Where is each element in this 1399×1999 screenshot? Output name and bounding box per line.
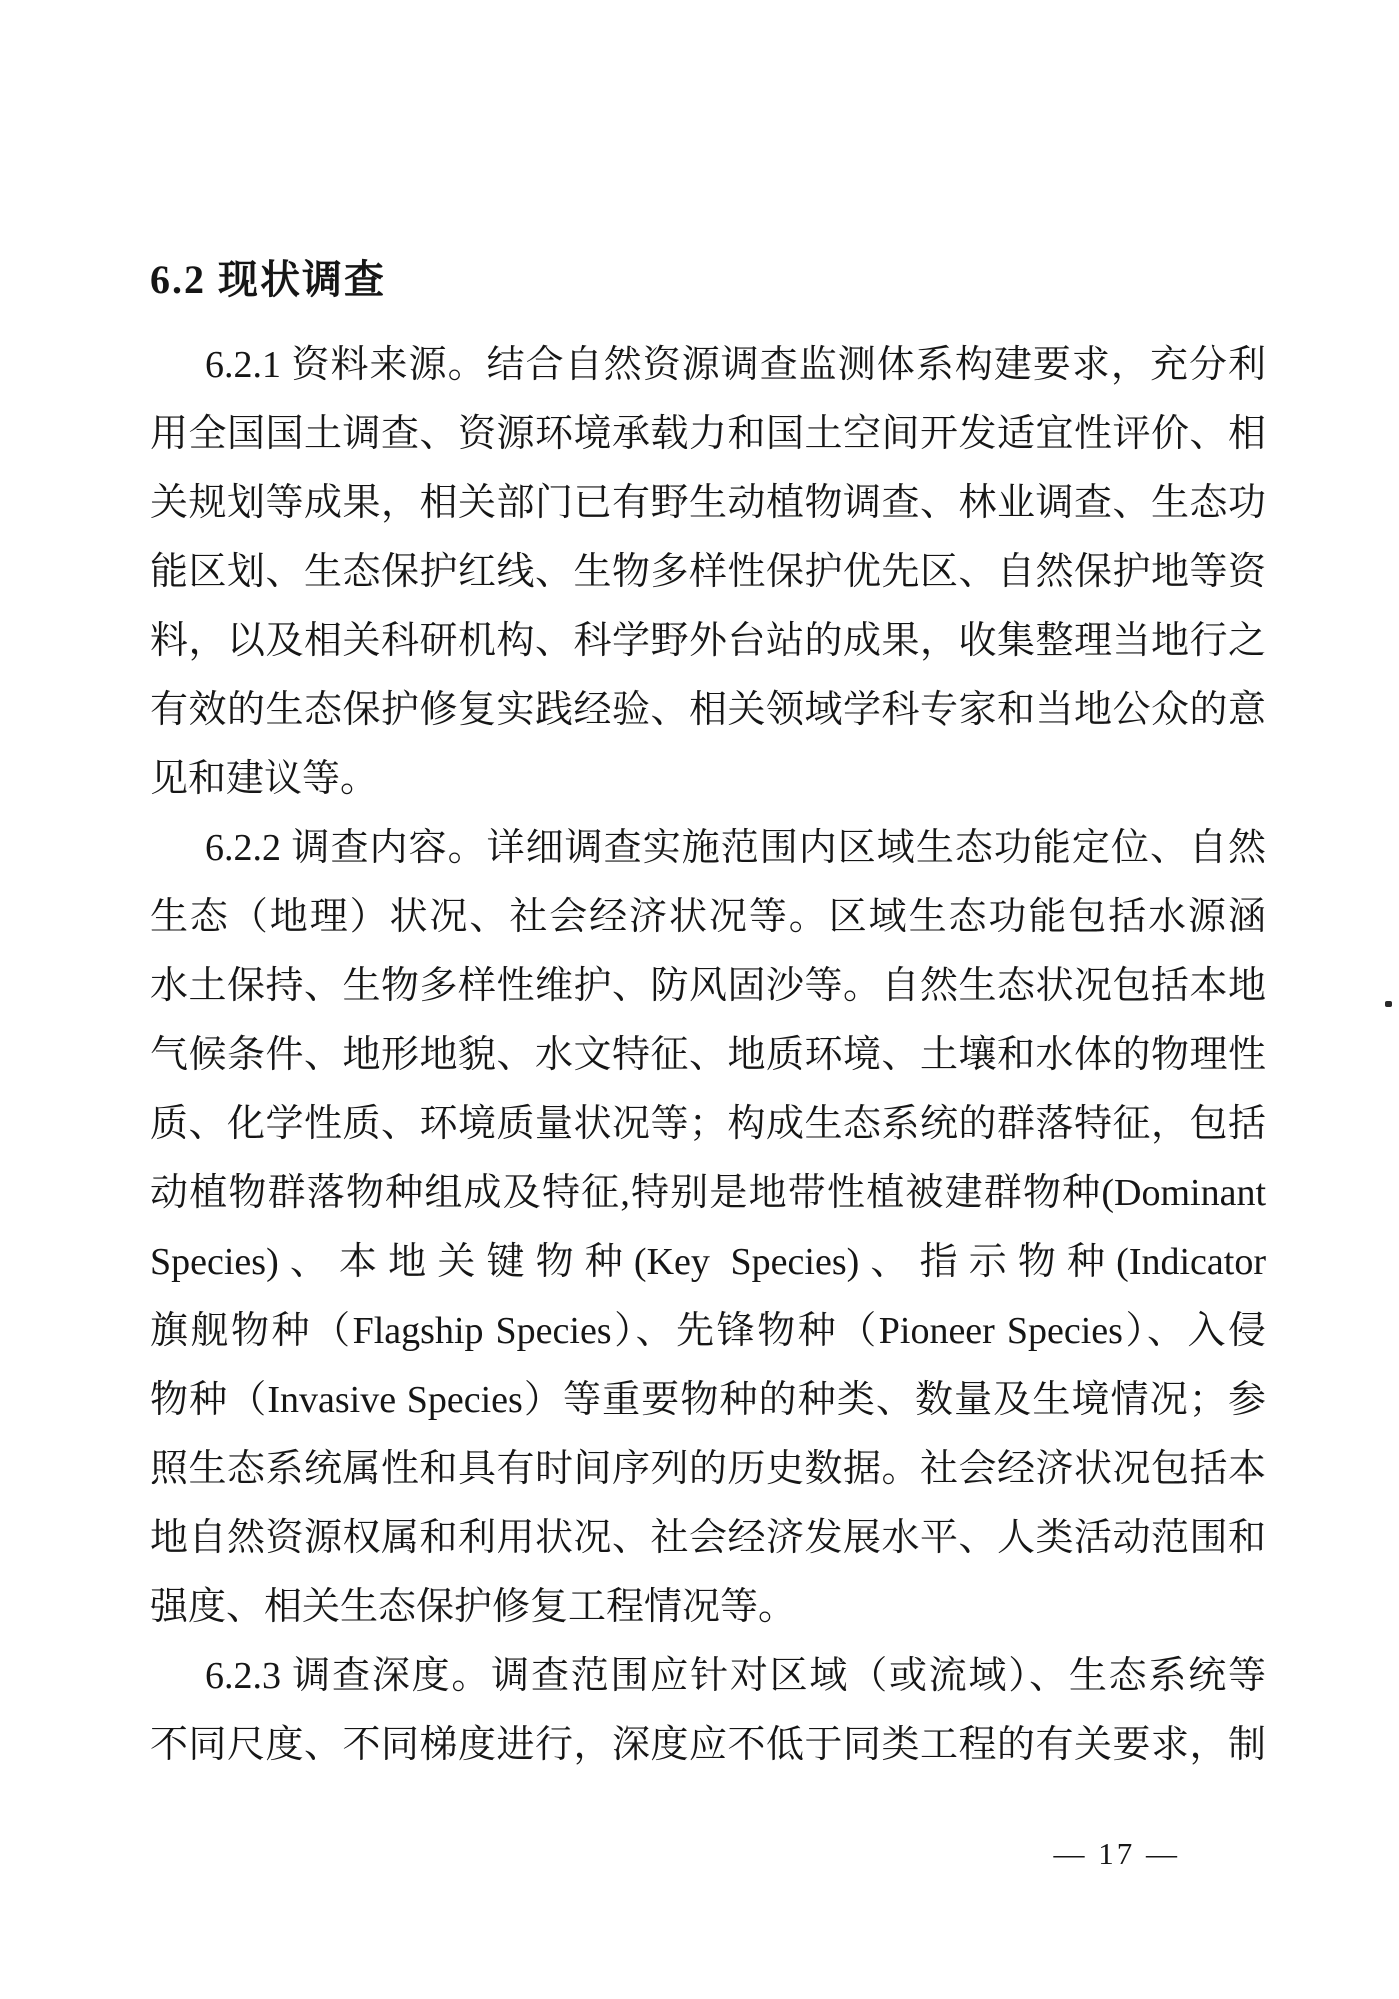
text-line: 气候条件、地形地貌、水文特征、地质环境、土壤和水体的物理性 — [150, 1021, 1266, 1090]
document-body: 6.2.1 资料来源。结合自然资源调查监测体系构建要求，充分利用全国国土调查、资… — [150, 331, 1266, 1780]
text-line: 6.2.2 调查内容。详细调查实施范围内区域生态功能定位、自然 — [150, 814, 1266, 883]
page-number: — 17 — — [1054, 1836, 1181, 1872]
text-line: 用全国国土调查、资源环境承载力和国土空间开发适宜性评价、相 — [150, 400, 1266, 469]
text-line: 照生态系统属性和具有时间序列的历史数据。社会经济状况包括本 — [150, 1435, 1266, 1504]
text-line: 6.2.1 资料来源。结合自然资源调查监测体系构建要求，充分利 — [150, 331, 1266, 400]
text-line: 物种（Invasive Species）等重要物种的种类、数量及生境情况；参 — [150, 1366, 1266, 1435]
section-6-2-2: 6.2.2 调查内容。详细调查实施范围内区域生态功能定位、自然生态（地理）状况、… — [150, 814, 1266, 1642]
text-line: 见和建议等。 — [150, 745, 1266, 814]
text-line: 质、化学性质、环境质量状况等；构成生态系统的群落特征，包括 — [150, 1090, 1266, 1159]
scan-ink-speck — [1385, 1001, 1392, 1007]
section-heading: 6.2 现状调查 — [150, 258, 386, 302]
section-6-2-3: 6.2.3 调查深度。调查范围应针对区域（或流域）、生态系统等不同尺度、不同梯度… — [150, 1642, 1266, 1780]
text-line: 6.2.3 调查深度。调查范围应针对区域（或流域）、生态系统等 — [150, 1642, 1266, 1711]
text-line: 地自然资源权属和利用状况、社会经济发展水平、人类活动范围和 — [150, 1504, 1266, 1573]
text-line: 不同尺度、不同梯度进行，深度应不低于同类工程的有关要求，制 — [150, 1711, 1266, 1780]
text-line: 料，以及相关科研机构、科学野外台站的成果，收集整理当地行之 — [150, 607, 1266, 676]
text-line: 关规划等成果，相关部门已有野生动植物调查、林业调查、生态功 — [150, 469, 1266, 538]
text-line: Species)、本地关键物种(Key Species)、指示物种(Indica… — [150, 1228, 1266, 1297]
text-line: 能区划、生态保护红线、生物多样性保护优先区、自然保护地等资 — [150, 538, 1266, 607]
section-6-2-1: 6.2.1 资料来源。结合自然资源调查监测体系构建要求，充分利用全国国土调查、资… — [150, 331, 1266, 814]
document-page: 6.2 现状调查 6.2.1 资料来源。结合自然资源调查监测体系构建要求，充分利… — [0, 0, 1399, 1999]
text-line: 旗舰物种（Flagship Species）、先锋物种（Pioneer Spec… — [150, 1297, 1266, 1366]
text-line: 有效的生态保护修复实践经验、相关领域学科专家和当地公众的意 — [150, 676, 1266, 745]
text-line: 水土保持、生物多样性维护、防风固沙等。自然生态状况包括本地 — [150, 952, 1266, 1021]
text-line: 生态（地理）状况、社会经济状况等。区域生态功能包括水源涵养、 — [150, 883, 1266, 952]
text-line: 强度、相关生态保护修复工程情况等。 — [150, 1573, 1266, 1642]
text-line: 动植物群落物种组成及特征,特别是地带性植被建群物种(Dominant — [150, 1159, 1266, 1228]
